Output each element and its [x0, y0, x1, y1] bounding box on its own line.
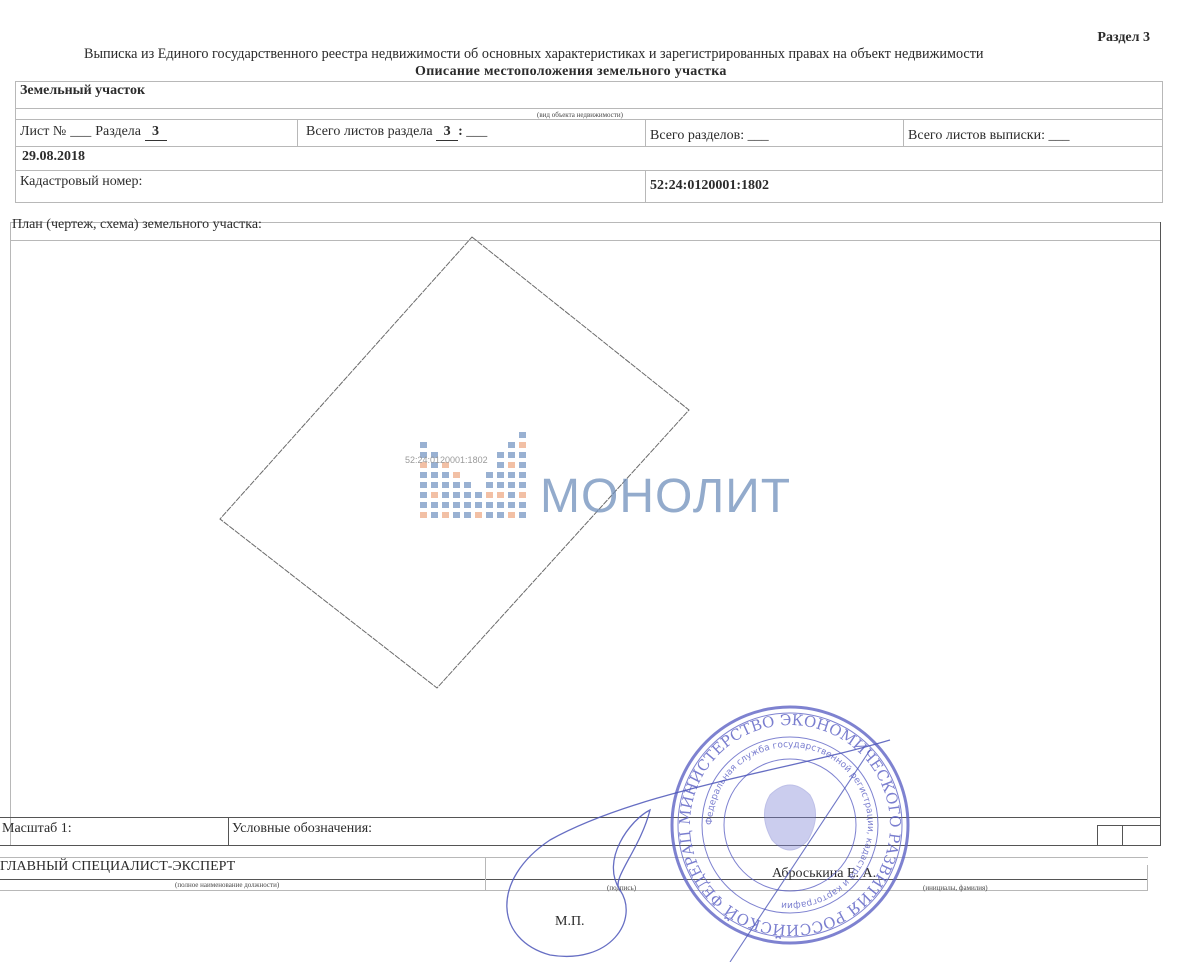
monolit-logo-icon	[420, 428, 530, 520]
scale-label: Масштаб 1:	[2, 821, 72, 837]
watermark-text: МОНОЛИТ	[540, 469, 791, 524]
official-position: ГЛАВНЫЙ СПЕЦИАЛИСТ-ЭКСПЕРТ	[0, 859, 235, 875]
signature-icon	[490, 730, 910, 962]
parcel-cadastral-label: 52:24:0120001:1802	[405, 455, 488, 465]
legend-label: Условные обозначения:	[232, 821, 372, 837]
position-caption: (полное наименование должности)	[175, 881, 279, 889]
